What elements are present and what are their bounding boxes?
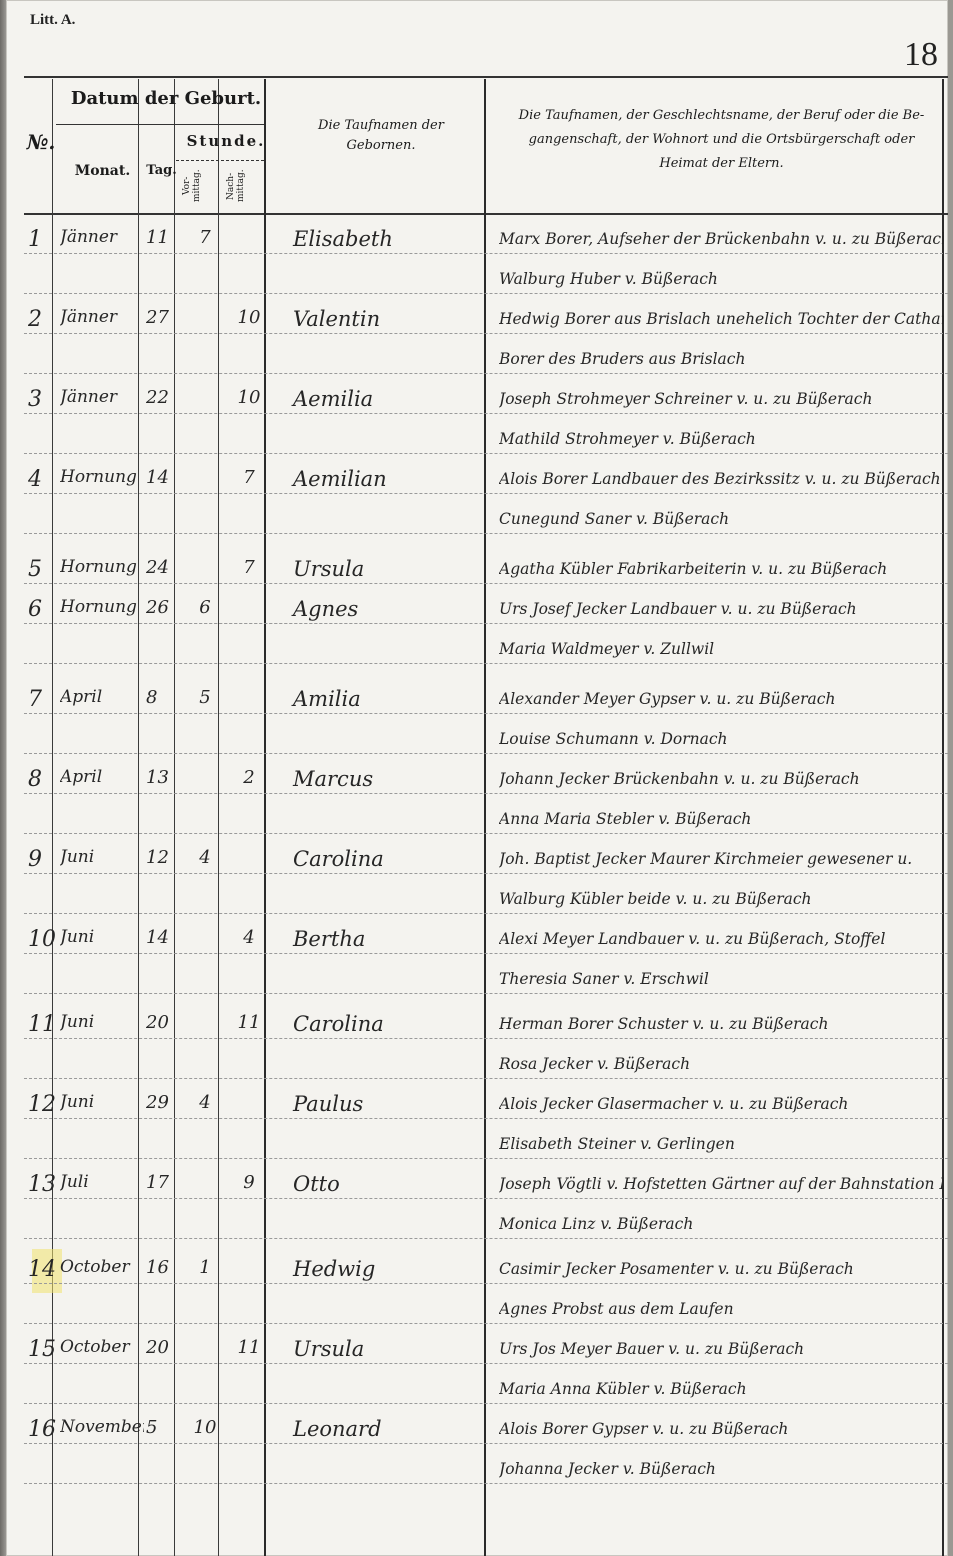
entry-taufname: Ursula [279,1337,503,1361]
entry-eltern: Urs Josef Jecker Landbauer v. u. zu Büße… [499,589,944,669]
register-row: 3 Jänner 22 10 Aemilia Joseph Strohmeyer… [24,375,948,455]
entry-taufname: Aemilian [279,467,503,491]
entry-taufname: Ursula [279,557,503,581]
entry-monat: Juni [60,927,144,947]
header-taufnamen-line2: Gebornen. [276,136,486,156]
register-row: 11 Juni 20 11 Carolina Herman Borer Schu… [24,1000,948,1080]
ruled-line [24,253,948,254]
entry-nachmittag: 10 [227,307,271,328]
register-row: 6 Hornung 26 6 Agnes Urs Josef Jecker La… [24,585,948,665]
entry-taufname: Paulus [279,1092,503,1116]
ruled-line [24,293,948,294]
entry-vormittag: 6 [184,597,226,618]
entry-nachmittag: 7 [227,557,271,578]
entry-eltern: Joseph Vögtli v. Hofstetten Gärtner auf … [499,1164,944,1244]
ruled-line [24,873,948,874]
header-eltern-line1: Die Taufnamen, der Geschlechtsname, der … [494,104,949,128]
register-row: 10 Juni 14 4 Bertha Alexi Meyer Landbaue… [24,915,948,995]
entry-tag: 17 [146,1172,180,1193]
ruled-line [24,663,948,664]
ruled-line [24,1158,948,1159]
entry-taufname: Otto [279,1172,503,1196]
ruled-line [24,833,948,834]
entry-number: 2 [28,307,58,332]
entry-tag: 11 [146,227,180,248]
entry-tag: 14 [146,927,180,948]
ruled-line [24,993,948,994]
ruled-line [24,1283,948,1284]
header-taufnamen-line1: Die Taufnamen der [276,116,486,136]
entry-monat: Jänner [60,227,144,247]
entry-vormittag: 5 [184,687,226,708]
ruled-line [24,1038,948,1039]
entry-vormittag: 4 [184,847,226,868]
entry-tag: 26 [146,597,180,618]
entry-tag: 13 [146,767,180,788]
register-row: 8 April 13 2 Marcus Johann Jecker Brücke… [24,755,948,835]
header-eltern-line3: Heimat der Eltern. [494,152,949,176]
entry-tag: 20 [146,1012,180,1033]
entry-number: 9 [28,847,58,872]
litt-label: Litt. A. [30,12,75,29]
ruled-line [24,753,948,754]
register-row: 5 Hornung 24 7 Ursula Agatha Kübler Fabr… [24,545,948,585]
entry-monat: April [60,767,144,787]
header-vormittag: Vor-mittag. [182,163,226,209]
ruled-line [24,1483,948,1484]
entry-tag: 22 [146,387,180,408]
entry-number: 12 [28,1092,58,1117]
entry-vormittag: 4 [184,1092,226,1113]
entry-eltern: Marx Borer, Aufseher der Brückenbahn v. … [499,219,944,299]
entry-number: 11 [28,1012,58,1037]
header-top-rule [24,76,948,78]
entry-number: 16 [28,1417,58,1442]
entry-eltern: Joh. Baptist Jecker Maurer Kirchmeier ge… [499,839,944,919]
header-taufnamen: Die Taufnamen der Gebornen. [276,116,486,156]
entry-tag: 29 [146,1092,180,1113]
entry-monat: April [60,687,144,707]
entry-monat: Juni [60,1012,144,1032]
entry-number: 4 [28,467,58,492]
entry-monat: Hornung [60,597,144,617]
ruled-line [24,1118,948,1119]
header-eltern-line2: gangenschaft, der Wohnort und die Ortsbü… [494,128,949,152]
header-monat: Monat. [61,163,144,179]
entry-number: 7 [28,687,58,712]
entry-number: 13 [28,1172,58,1197]
ruled-line [24,1403,948,1404]
ruled-line [24,493,948,494]
entry-eltern: Alois Borer Gypser v. u. zu BüßerachJoha… [499,1409,944,1489]
entry-monat: Hornung [60,557,144,577]
entry-tag: 14 [146,467,180,488]
ruled-line [24,373,948,374]
ruled-line [24,533,948,534]
header-tag: Tag. [144,163,179,178]
ruled-line [24,913,948,914]
entry-eltern: Casimir Jecker Posamenter v. u. zu Büßer… [499,1249,944,1329]
ruled-line [24,1443,948,1444]
ruled-line [24,953,948,954]
entry-tag: 24 [146,557,180,578]
entry-tag: 16 [146,1257,180,1278]
entry-monat: Juni [60,847,144,867]
entry-number: 6 [28,597,58,622]
entry-number: 10 [28,927,58,952]
page-number: 18 [904,36,938,74]
header-number: №. [26,130,56,154]
entry-number: 14 [28,1257,58,1282]
entry-number: 5 [28,557,58,582]
ruled-line [24,1363,948,1364]
ruled-line [24,453,948,454]
ruled-line [24,1323,948,1324]
entry-vormittag: 1 [184,1257,226,1278]
entry-nachmittag: 9 [227,1172,271,1193]
ruled-line [24,583,948,584]
entry-nachmittag: 10 [227,387,271,408]
entry-vormittag: 7 [184,227,226,248]
entry-eltern: Alois Borer Landbauer des Bezirkssitz v.… [499,459,944,539]
entry-monat: October [60,1337,144,1357]
register-row: 14 October 16 1 Hedwig Casimir Jecker Po… [24,1245,948,1325]
ruled-line [24,1078,948,1079]
ruled-line [24,713,948,714]
entry-nachmittag: 11 [227,1337,271,1358]
entry-monat: November [60,1417,144,1437]
entry-tag: 27 [146,307,180,328]
entry-taufname: Hedwig [279,1257,503,1281]
register-row: 12 Juni 29 4 Paulus Alois Jecker Glaserm… [24,1080,948,1160]
entry-nachmittag: 7 [227,467,271,488]
ruled-line [24,623,948,624]
register-row: 13 Juli 17 9 Otto Joseph Vögtli v. Hofst… [24,1160,948,1240]
entry-nachmittag: 11 [227,1012,271,1033]
entry-number: 1 [28,227,58,252]
entry-nachmittag: 4 [227,927,271,948]
entry-taufname: Marcus [279,767,503,791]
entry-eltern: Johann Jecker Brückenbahn v. u. zu Büßer… [499,759,944,839]
entry-eltern: Joseph Strohmeyer Schreiner v. u. zu Büß… [499,379,944,459]
entry-taufname: Elisabeth [279,227,503,251]
header-nachmittag: Nach-mittag. [226,163,270,209]
entry-number: 3 [28,387,58,412]
register-row: 4 Hornung 14 7 Aemilian Alois Borer Land… [24,455,948,535]
entry-monat: Juli [60,1172,144,1192]
entry-nachmittag: 2 [227,767,271,788]
ruled-line [24,793,948,794]
register-row: 9 Juni 12 4 Carolina Joh. Baptist Jecker… [24,835,948,915]
ruled-line [24,413,948,414]
entry-tag: 20 [146,1337,180,1358]
entry-monat: Jänner [60,387,144,407]
ruled-line [24,1238,948,1239]
register-page: Litt. A. 18 №. Datum der Geburt. Stunde.… [6,0,948,1556]
entry-monat: Hornung [60,467,144,487]
entry-taufname: Valentin [279,307,503,331]
register-row: 16 November 5 10 Leonard Alois Borer Gyp… [24,1405,948,1485]
register-row: 7 April 8 5 Amilia Alexander Meyer Gypse… [24,675,948,755]
stunde-underline [176,160,264,161]
entry-eltern: Alexi Meyer Landbauer v. u. zu Büßerach,… [499,919,944,999]
entry-monat: Jänner [60,307,144,327]
entry-taufname: Leonard [279,1417,503,1441]
entry-eltern: Urs Jos Meyer Bauer v. u. zu BüßerachMar… [499,1329,944,1409]
header-eltern: Die Taufnamen, der Geschlechtsname, der … [494,104,949,176]
entry-taufname: Carolina [279,1012,503,1036]
entry-taufname: Bertha [279,927,503,951]
entry-eltern: Hedwig Borer aus Brislach unehelich Toch… [499,299,944,379]
entry-eltern: Herman Borer Schuster v. u. zu BüßerachR… [499,1004,944,1084]
header-datum: Datum der Geburt. [61,88,271,109]
entry-monat: October [60,1257,144,1277]
ruled-line [24,1198,948,1199]
entry-taufname: Amilia [279,687,503,711]
entry-tag: 5 [146,1417,180,1438]
register-row: 2 Jänner 27 10 Valentin Hedwig Borer aus… [24,295,948,375]
entry-taufname: Carolina [279,847,503,871]
header-stunde: Stunde. [181,132,271,150]
datum-underline [56,124,264,125]
entry-taufname: Aemilia [279,387,503,411]
entry-vormittag: 10 [184,1417,226,1438]
entry-tag: 8 [146,687,180,708]
entry-eltern: Alois Jecker Glasermacher v. u. zu Büßer… [499,1084,944,1164]
ruled-line [24,333,948,334]
entry-eltern: Alexander Meyer Gypser v. u. zu Büßerach… [499,679,944,759]
entry-number: 15 [28,1337,58,1362]
entry-tag: 12 [146,847,180,868]
entry-number: 8 [28,767,58,792]
entry-taufname: Agnes [279,597,503,621]
entry-monat: Juni [60,1092,144,1112]
register-row: 15 October 20 11 Ursula Urs Jos Meyer Ba… [24,1325,948,1405]
register-row: 1 Jänner 11 7 Elisabeth Marx Borer, Aufs… [24,215,948,295]
